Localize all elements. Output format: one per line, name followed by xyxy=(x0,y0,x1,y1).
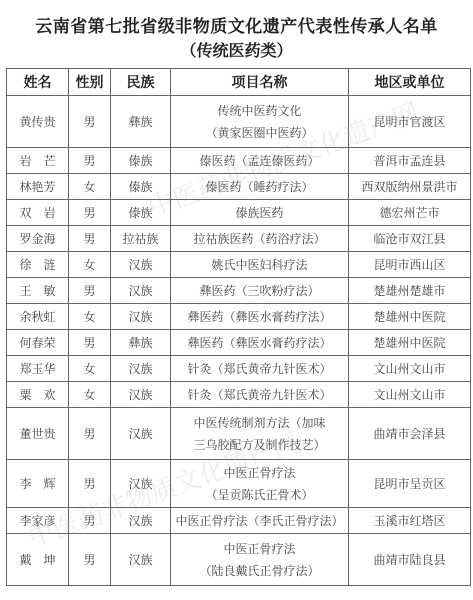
project-line: （黄家医圈中医药） xyxy=(173,122,346,144)
header-project: 项目名称 xyxy=(171,69,349,96)
cell-region: 文山州文山市 xyxy=(349,382,471,408)
table-row: 李家彦男汉族中医正骨疗法（李氏正骨疗法）玉溪市红塔区 xyxy=(7,508,471,534)
cell-project: 拉祜族医药（药浴疗法） xyxy=(171,226,349,252)
project-line: 针灸（郑氏黄帝九针医术） xyxy=(173,384,346,406)
cell-name: 罗金海 xyxy=(7,226,69,252)
cell-ethnicity: 汉族 xyxy=(111,460,171,508)
cell-region: 临沧市双江县 xyxy=(349,226,471,252)
cell-gender: 男 xyxy=(69,200,111,226)
project-line: 傣医药（睡药疗法） xyxy=(173,176,346,198)
cell-region: 玉溪市红塔区 xyxy=(349,508,471,534)
cell-gender: 女 xyxy=(69,174,111,200)
project-line: 彝医药（彝医水膏药疗法） xyxy=(173,332,346,354)
cell-name: 粟 欢 xyxy=(7,382,69,408)
cell-region: 楚雄州楚雄市 xyxy=(349,278,471,304)
cell-project: 姚氏中医妇科疗法 xyxy=(171,252,349,278)
cell-project: 彝医药（彝医水膏药疗法） xyxy=(171,304,349,330)
cell-ethnicity: 汉族 xyxy=(111,408,171,460)
cell-region: 西双版纳州景洪市 xyxy=(349,174,471,200)
cell-region: 楚雄州中医院 xyxy=(349,330,471,356)
table-row: 何春荣男彝族彝医药（彝医水膏药疗法）楚雄州中医院 xyxy=(7,330,471,356)
table-row: 李 辉男汉族中医正骨疗法（呈贡陈氏正骨术）昆明市呈贡区 xyxy=(7,460,471,508)
cell-gender: 男 xyxy=(69,534,111,586)
project-line: 中医正骨疗法（李氏正骨疗法） xyxy=(173,510,346,532)
cell-name: 郑玉华 xyxy=(7,356,69,382)
cell-gender: 男 xyxy=(69,408,111,460)
cell-region: 昆明市呈贡区 xyxy=(349,460,471,508)
table-row: 双 岩男傣族傣族医药德宏州芒市 xyxy=(7,200,471,226)
cell-name: 李家彦 xyxy=(7,508,69,534)
table-header-row: 姓名 性别 民族 项目名称 地区或单位 xyxy=(7,69,471,96)
inheritors-table: 姓名 性别 民族 项目名称 地区或单位 黄传贵男彝族传统中医药文化（黄家医圈中医… xyxy=(6,68,471,586)
cell-gender: 女 xyxy=(69,304,111,330)
project-line: 傣医药（孟连傣医药） xyxy=(173,150,346,172)
cell-project: 中医正骨疗法（李氏正骨疗法） xyxy=(171,508,349,534)
cell-ethnicity: 彝族 xyxy=(111,96,171,148)
project-line: 中医正骨疗法 xyxy=(173,462,346,484)
cell-gender: 男 xyxy=(69,330,111,356)
document-title: 云南省第七批省级非物质文化遗产代表性传承人名单 xyxy=(0,12,473,37)
cell-name: 双 岩 xyxy=(7,200,69,226)
cell-ethnicity: 傣族 xyxy=(111,174,171,200)
cell-region: 德宏州芒市 xyxy=(349,200,471,226)
cell-ethnicity: 汉族 xyxy=(111,356,171,382)
project-line: （呈贡陈氏正骨术） xyxy=(173,484,346,506)
table-row: 王 敏男汉族彝医药（三吹粉疗法）楚雄州楚雄市 xyxy=(7,278,471,304)
table-row: 戴 坤男汉族中医正骨疗法（陆良戴氏正骨疗法）曲靖市陆良县 xyxy=(7,534,471,586)
cell-project: 针灸（郑氏黄帝九针医术） xyxy=(171,382,349,408)
header-ethnicity: 民族 xyxy=(111,69,171,96)
project-line: 傣族医药 xyxy=(173,202,346,224)
cell-gender: 男 xyxy=(69,148,111,174)
cell-project: 中医正骨疗法（呈贡陈氏正骨术） xyxy=(171,460,349,508)
cell-gender: 女 xyxy=(69,382,111,408)
cell-ethnicity: 汉族 xyxy=(111,278,171,304)
cell-ethnicity: 彝族 xyxy=(111,330,171,356)
project-line: （陆良戴氏正骨疗法） xyxy=(173,560,346,582)
cell-project: 中医传统制剂方法（加味三乌胶配方及制作技艺） xyxy=(171,408,349,460)
table-row: 董世贵男汉族中医传统制剂方法（加味三乌胶配方及制作技艺）曲靖市会泽县 xyxy=(7,408,471,460)
table-row: 岩 芒男傣族傣医药（孟连傣医药）普洱市孟连县 xyxy=(7,148,471,174)
cell-region: 曲靖市会泽县 xyxy=(349,408,471,460)
cell-project: 针灸（郑氏黄帝九针医术） xyxy=(171,356,349,382)
project-line: 三乌胶配方及制作技艺） xyxy=(173,434,346,456)
cell-project: 傣医药（孟连傣医药） xyxy=(171,148,349,174)
cell-name: 何春荣 xyxy=(7,330,69,356)
project-line: 彝医药（彝医水膏药疗法） xyxy=(173,306,346,328)
project-line: 针灸（郑氏黄帝九针医术） xyxy=(173,358,346,380)
project-line: 拉祜族医药（药浴疗法） xyxy=(173,228,346,250)
table-row: 郑玉华女汉族针灸（郑氏黄帝九针医术）文山州文山市 xyxy=(7,356,471,382)
cell-region: 昆明市官渡区 xyxy=(349,96,471,148)
header-region: 地区或单位 xyxy=(349,69,471,96)
cell-gender: 男 xyxy=(69,460,111,508)
cell-name: 李 辉 xyxy=(7,460,69,508)
cell-ethnicity: 汉族 xyxy=(111,252,171,278)
cell-region: 楚雄州中医院 xyxy=(349,304,471,330)
document-subtitle: （传统医药类） xyxy=(0,38,473,61)
cell-name: 林艳芳 xyxy=(7,174,69,200)
cell-gender: 女 xyxy=(69,252,111,278)
cell-ethnicity: 汉族 xyxy=(111,382,171,408)
cell-name: 徐 涟 xyxy=(7,252,69,278)
cell-ethnicity: 汉族 xyxy=(111,534,171,586)
project-line: 传统中医药文化 xyxy=(173,100,346,122)
cell-ethnicity: 汉族 xyxy=(111,508,171,534)
table-row: 余秋虹女汉族彝医药（彝医水膏药疗法）楚雄州中医院 xyxy=(7,304,471,330)
cell-project: 傣族医药 xyxy=(171,200,349,226)
cell-region: 文山州文山市 xyxy=(349,356,471,382)
table-row: 徐 涟女汉族姚氏中医妇科疗法昆明市西山区 xyxy=(7,252,471,278)
project-line: 中医传统制剂方法（加味 xyxy=(173,412,346,434)
cell-name: 王 敏 xyxy=(7,278,69,304)
cell-project: 传统中医药文化（黄家医圈中医药） xyxy=(171,96,349,148)
project-line: 中医正骨疗法 xyxy=(173,538,346,560)
cell-region: 曲靖市陆良县 xyxy=(349,534,471,586)
header-name: 姓名 xyxy=(7,69,69,96)
table-row: 罗金海男拉祜族拉祜族医药（药浴疗法）临沧市双江县 xyxy=(7,226,471,252)
cell-project: 彝医药（三吹粉疗法） xyxy=(171,278,349,304)
cell-project: 彝医药（彝医水膏药疗法） xyxy=(171,330,349,356)
project-line: 彝医药（三吹粉疗法） xyxy=(173,280,346,302)
table-row: 林艳芳女傣族傣医药（睡药疗法）西双版纳州景洪市 xyxy=(7,174,471,200)
table-row: 粟 欢女汉族针灸（郑氏黄帝九针医术）文山州文山市 xyxy=(7,382,471,408)
project-line: 姚氏中医妇科疗法 xyxy=(173,254,346,276)
cell-gender: 男 xyxy=(69,226,111,252)
cell-ethnicity: 拉祜族 xyxy=(111,226,171,252)
header-gender: 性别 xyxy=(69,69,111,96)
cell-name: 余秋虹 xyxy=(7,304,69,330)
cell-ethnicity: 汉族 xyxy=(111,304,171,330)
cell-gender: 男 xyxy=(69,96,111,148)
cell-name: 黄传贵 xyxy=(7,96,69,148)
cell-region: 昆明市西山区 xyxy=(349,252,471,278)
cell-ethnicity: 傣族 xyxy=(111,200,171,226)
cell-project: 傣医药（睡药疗法） xyxy=(171,174,349,200)
cell-gender: 男 xyxy=(69,508,111,534)
cell-region: 普洱市孟连县 xyxy=(349,148,471,174)
table-row: 黄传贵男彝族传统中医药文化（黄家医圈中医药）昆明市官渡区 xyxy=(7,96,471,148)
cell-name: 戴 坤 xyxy=(7,534,69,586)
cell-gender: 男 xyxy=(69,278,111,304)
cell-name: 岩 芒 xyxy=(7,148,69,174)
cell-name: 董世贵 xyxy=(7,408,69,460)
cell-gender: 女 xyxy=(69,356,111,382)
cell-project: 中医正骨疗法（陆良戴氏正骨疗法） xyxy=(171,534,349,586)
cell-ethnicity: 傣族 xyxy=(111,148,171,174)
